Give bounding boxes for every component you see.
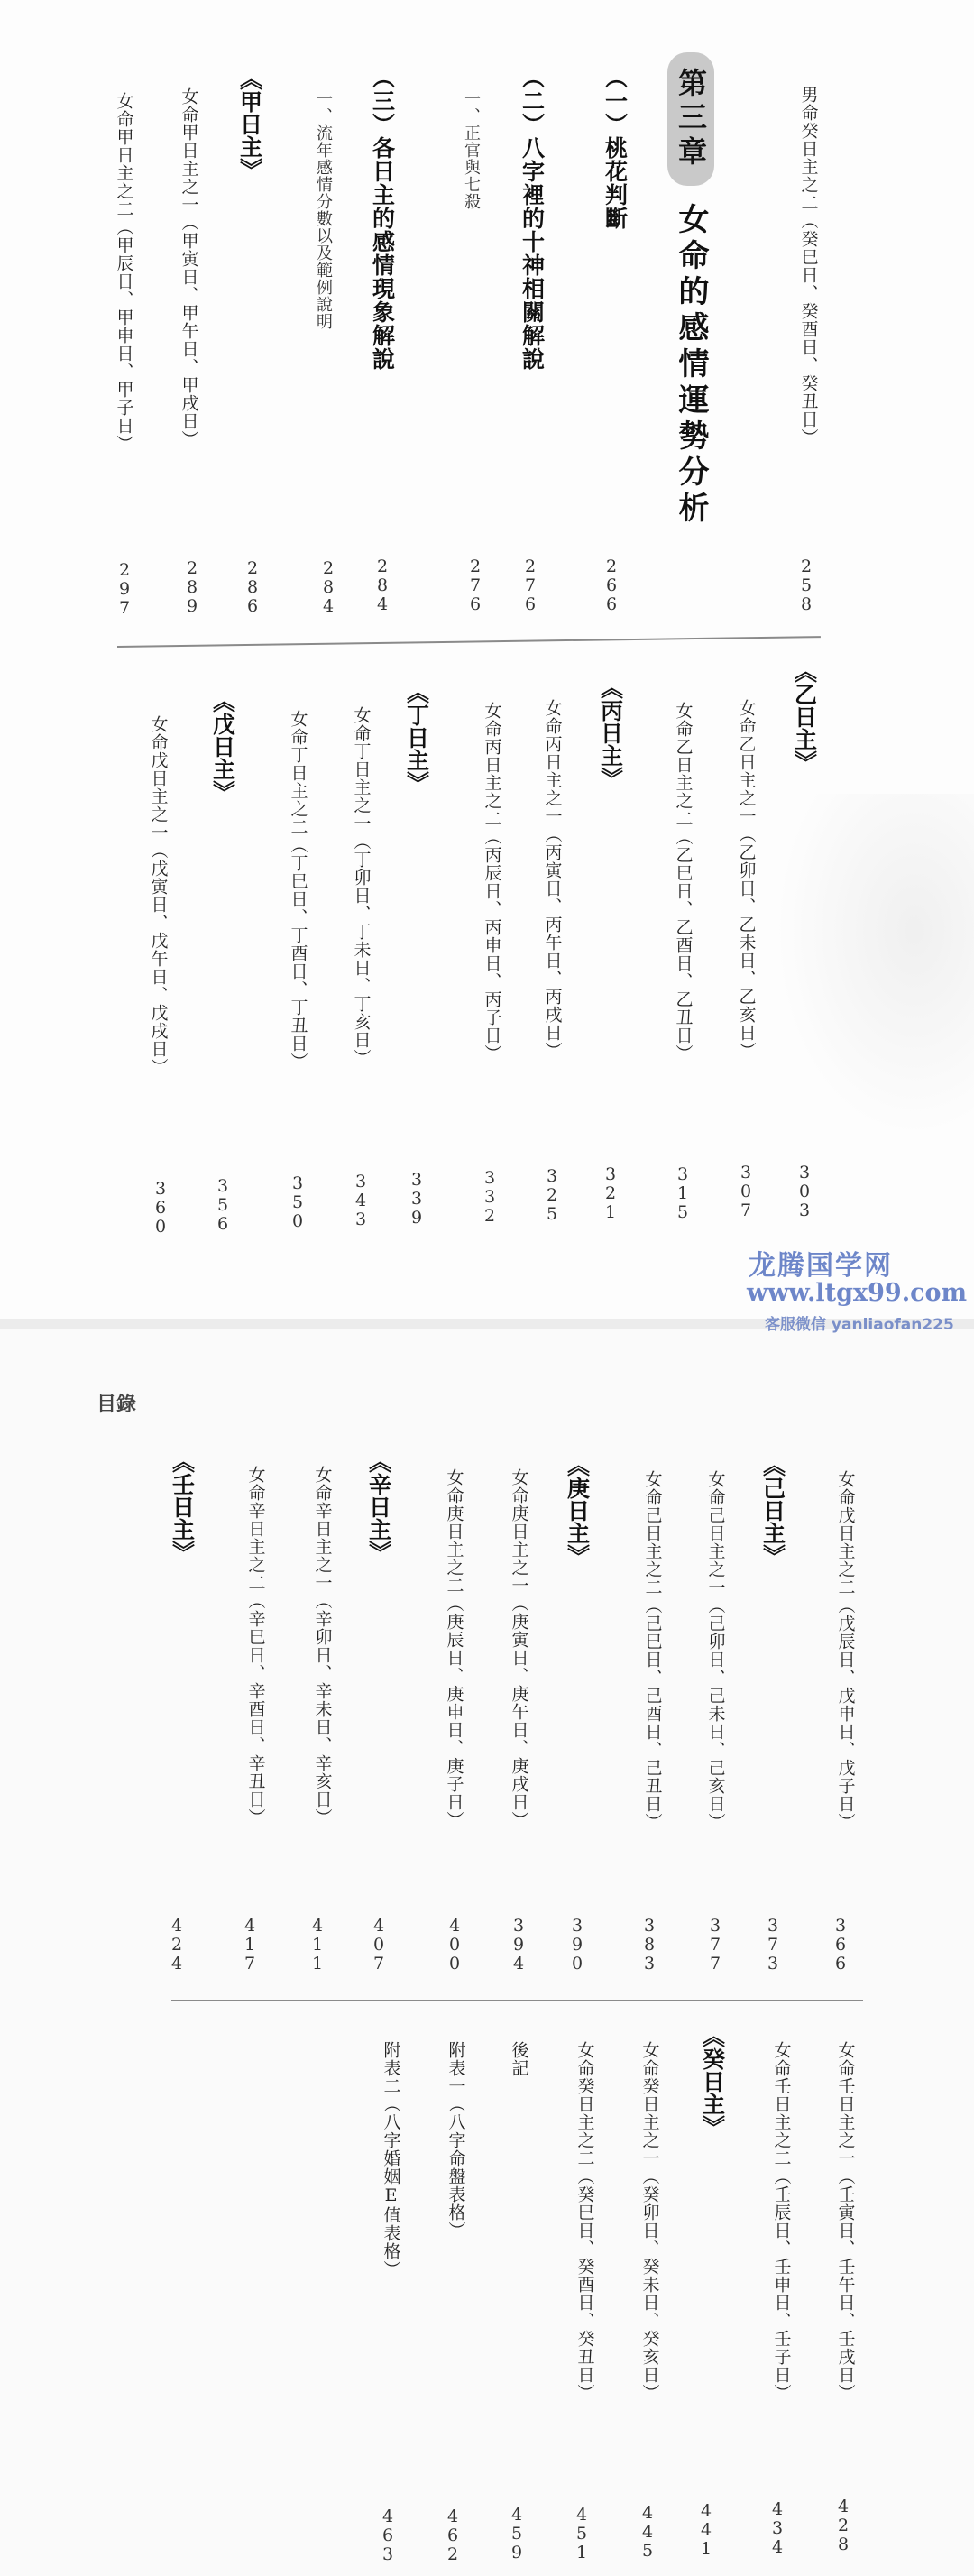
page-number: 366 bbox=[834, 1917, 847, 1973]
watermark-contact: 客服微信 yanliaofan225 bbox=[765, 1311, 954, 1334]
page-number: 400 bbox=[448, 1917, 461, 1973]
page-number: 445 bbox=[641, 2504, 654, 2561]
page-number: 417 bbox=[243, 1917, 256, 1973]
toc-entry[interactable]: 女命壬日主之一（壬寅日、壬午日、壬戌日） bbox=[837, 2041, 854, 2402]
toc-entry[interactable]: 女命壬日主之二（壬辰日、壬申日、壬子日） bbox=[773, 2041, 790, 2402]
page-number: 383 bbox=[643, 1917, 656, 1973]
toc-page-bottom bbox=[0, 1329, 974, 2576]
toc-group-heading[interactable]: 《甲日主》 bbox=[239, 68, 262, 180]
page-number: 463 bbox=[381, 2507, 394, 2564]
toc-group-heading[interactable]: 《己日主》 bbox=[762, 1454, 785, 1567]
toc-section-heading[interactable]: （一）桃花判斷 bbox=[604, 66, 627, 230]
toc-subsection[interactable]: 一、正官與七殺 bbox=[463, 90, 479, 210]
page-number: 339 bbox=[410, 1171, 423, 1228]
page-number: 350 bbox=[291, 1174, 304, 1231]
toc-entry[interactable]: 女命癸日主之一（癸卯日、癸未日、癸亥日） bbox=[641, 2041, 658, 2402]
page-number: 284 bbox=[322, 559, 335, 616]
page-number: 258 bbox=[800, 557, 813, 614]
toc-entry[interactable]: 女命丁日主之二（丁巳日、丁酉日、丁丑日） bbox=[289, 710, 307, 1071]
toc-entry[interactable]: 女命戊日主之二（戊辰日、戊申日、戊子日） bbox=[837, 1470, 854, 1831]
toc-entry[interactable]: 附表一（八字命盤表格） bbox=[447, 2041, 464, 2240]
toc-section-heading[interactable]: （二）八字裡的十神相關解說 bbox=[521, 66, 544, 371]
page-number: 428 bbox=[837, 2498, 850, 2554]
toc-group-heading[interactable]: 《辛日主》 bbox=[368, 1450, 391, 1563]
toc-section-heading[interactable]: （三）各日主的感情現象解說 bbox=[372, 66, 394, 371]
toc-entry[interactable]: 女命乙日主之二（乙巳日、乙酉日、乙丑日） bbox=[675, 702, 692, 1063]
toc-entry[interactable]: 女命己日主之一（己卯日、己未日、己亥日） bbox=[707, 1470, 724, 1831]
page-number: 286 bbox=[246, 559, 259, 616]
page-number: 325 bbox=[546, 1167, 558, 1224]
toc-group-heading[interactable]: 《丁日主》 bbox=[406, 681, 428, 794]
toc-entry[interactable]: 女命辛日主之一（辛卯日、辛未日、辛亥日） bbox=[314, 1466, 331, 1826]
toc-entry[interactable]: 女命丁日主之一（丁卯日、丁未日、丁亥日） bbox=[353, 706, 370, 1067]
toc-entry[interactable]: 女命戊日主之一（戊寅日、戊午日、戊戌日） bbox=[150, 715, 167, 1076]
page-number: 276 bbox=[524, 557, 537, 614]
toc-entry[interactable]: 女命甲日主之一（甲寅日、甲午日、甲戌日） bbox=[180, 87, 198, 448]
toc-group-heading[interactable]: 《庚日主》 bbox=[566, 1454, 589, 1567]
page-number: 434 bbox=[771, 2500, 784, 2557]
toc-group-heading[interactable]: 《乙日主》 bbox=[794, 660, 816, 773]
page-number: 451 bbox=[575, 2506, 588, 2562]
toc-entry[interactable]: 後記 bbox=[510, 2041, 528, 2077]
toc-entry[interactable]: 女命甲日主之二（甲辰日、甲申日、甲子日） bbox=[115, 92, 133, 453]
toc-entry[interactable]: 女命乙日主之一（乙卯日、乙未日、乙亥日） bbox=[738, 699, 755, 1060]
section-divider bbox=[171, 2000, 863, 2001]
page-number: 266 bbox=[605, 557, 618, 614]
toc-entry[interactable]: 女命庚日主之二（庚辰日、庚申日、庚子日） bbox=[446, 1468, 463, 1829]
page-number: 424 bbox=[170, 1917, 183, 1973]
watermark-url[interactable]: www.ltgx99.com bbox=[747, 1279, 967, 1307]
toc-group-heading[interactable]: 《壬日主》 bbox=[171, 1450, 194, 1563]
toc-entry[interactable]: 男命癸日主之二（癸巳日、癸酉日、癸丑日） bbox=[800, 86, 817, 446]
toc-group-heading[interactable]: 《癸日主》 bbox=[702, 2025, 724, 2138]
page-number: 360 bbox=[154, 1180, 167, 1237]
page-number: 332 bbox=[483, 1169, 496, 1226]
page-number: 459 bbox=[510, 2506, 523, 2562]
page-number: 276 bbox=[469, 557, 482, 614]
toc-entry[interactable]: 女命庚日主之一（庚寅日、庚午日、庚戌日） bbox=[510, 1468, 528, 1829]
page-number: 284 bbox=[376, 557, 389, 614]
page-number: 289 bbox=[186, 559, 198, 616]
toc-entry[interactable]: 女命辛日主之二（辛巳日、辛酉日、辛丑日） bbox=[247, 1466, 264, 1826]
running-header: 目錄 bbox=[96, 1389, 136, 1417]
toc-group-heading[interactable]: 《戊日主》 bbox=[212, 690, 234, 803]
page-number: 307 bbox=[740, 1164, 752, 1220]
page-number: 303 bbox=[798, 1164, 811, 1220]
toc-group-heading[interactable]: 《丙日主》 bbox=[600, 676, 622, 789]
paper-texture bbox=[776, 794, 974, 1136]
chapter-title: 女命的感情運勢分析 bbox=[675, 203, 706, 528]
toc-entry[interactable]: 女命己日主之二（己巳日、己酉日、己丑日） bbox=[644, 1470, 661, 1831]
page-number: 407 bbox=[372, 1917, 385, 1973]
toc-entry[interactable]: 女命丙日主之二（丙辰日、丙申日、丙子日） bbox=[483, 702, 501, 1063]
chapter-number: 第三章 bbox=[676, 68, 705, 170]
watermark-site-name: 龙腾国学网 bbox=[749, 1243, 893, 1283]
page-number: 394 bbox=[512, 1917, 525, 1973]
page-number: 377 bbox=[709, 1917, 721, 1973]
page-number: 373 bbox=[767, 1917, 779, 1973]
page-number: 343 bbox=[354, 1173, 367, 1229]
toc-subsection[interactable]: 一、流年感情分數以及範例說明 bbox=[315, 90, 331, 330]
toc-entry[interactable]: 女命癸日主之二（癸巳日、癸酉日、癸丑日） bbox=[576, 2041, 593, 2402]
toc-entry[interactable]: 附表二（八字婚姻E值表格） bbox=[382, 2041, 400, 2278]
page-number: 411 bbox=[311, 1917, 324, 1973]
page-number: 390 bbox=[571, 1917, 583, 1973]
page-number: 462 bbox=[446, 2507, 459, 2564]
chapter-badge: 第三章 bbox=[667, 52, 714, 186]
page-number: 441 bbox=[700, 2502, 712, 2559]
page-number: 356 bbox=[216, 1177, 229, 1234]
page-number: 297 bbox=[118, 561, 131, 618]
page-number: 321 bbox=[604, 1165, 617, 1222]
toc-entry[interactable]: 女命丙日主之一（丙寅日、丙午日、丙戌日） bbox=[544, 699, 561, 1060]
page-number: 315 bbox=[676, 1165, 689, 1222]
